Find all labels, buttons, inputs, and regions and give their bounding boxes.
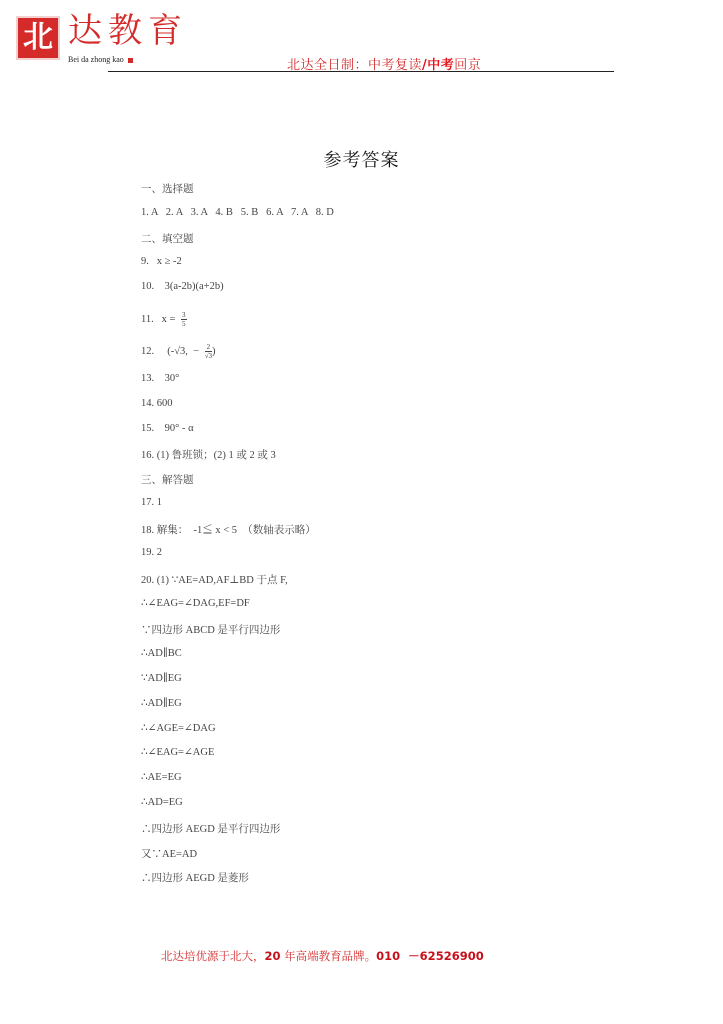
- answer-line-text: ∵四边形 ABCD 是平行四边形: [141, 625, 280, 636]
- answer-line: ∴∠EAG=∠AGE: [141, 746, 214, 758]
- answer-line: 19. 2: [141, 547, 162, 558]
- answer-line-text: ∴∠EAG=∠DAG,EF=DF: [141, 598, 250, 609]
- answer-line: 14. 600: [141, 398, 173, 409]
- answer-line: 一、选择题: [141, 181, 194, 196]
- logo-name: 达教育: [68, 14, 188, 48]
- answer-line: 1. A 2. A 3. A 4. B 5. B 6. A 7. A 8. D: [141, 207, 334, 218]
- answer-line: 10. 3(a-2b)(a+2b): [141, 281, 224, 292]
- answer-line: ∴四边形 AEGD 是菱形: [141, 870, 249, 885]
- fraction: 2√3: [205, 343, 212, 360]
- answer-line-text: 13. 30°: [141, 373, 179, 384]
- answer-line: ∴AD∥EG: [141, 697, 182, 709]
- answer-line: ∴四边形 AEGD 是平行四边形: [141, 821, 280, 836]
- footer-text-b: 年高端教育品牌。: [281, 949, 377, 963]
- answer-line-text: 9. x ≥ -2: [141, 256, 182, 267]
- answer-line-text: ∴AE=EG: [141, 772, 182, 783]
- answer-line: 11. x = 35: [141, 311, 187, 328]
- fraction-denominator: 5: [181, 320, 187, 328]
- answer-line: ∴∠AGE=∠DAG: [141, 722, 216, 734]
- answer-line-text: 15. 90° - α: [141, 423, 194, 434]
- footer-years: 20: [265, 949, 281, 963]
- logo-char: 北: [23, 23, 53, 53]
- answer-line: ∵四边形 ABCD 是平行四边形: [141, 622, 280, 637]
- answer-line: ∴AE=EG: [141, 771, 182, 783]
- answer-line: 17. 1: [141, 497, 162, 508]
- answer-line: ∵AD∥EG: [141, 672, 182, 684]
- answer-line: 13. 30°: [141, 373, 179, 384]
- answer-line-text: ∴AD∥EG: [141, 698, 182, 709]
- answer-line-text: 18. 解集： -1≦ x < 5 （数轴表示略）: [141, 525, 316, 536]
- logo-subtitle: Bei da zhong kao: [68, 55, 133, 64]
- answer-line-suffix: ): [212, 346, 216, 357]
- answer-line: ∴∠EAG=∠DAG,EF=DF: [141, 597, 250, 609]
- answer-line-text: ∴四边形 AEGD 是菱形: [141, 873, 249, 884]
- answer-line: 9. x ≥ -2: [141, 256, 182, 267]
- answer-line: 20. (1) ∵AE=AD,AF⊥BD 于点 F,: [141, 572, 288, 587]
- answer-line-text: 又∵AE=AD: [141, 849, 197, 860]
- logo-subtitle-text: Bei da zhong kao: [68, 55, 124, 64]
- answer-line: 二、填空题: [141, 231, 194, 246]
- footer-slogan: 北达培优源于北大，20 年高端教育品牌。010 －62526900: [161, 948, 484, 964]
- answer-line-text: ∴AD∥BC: [141, 648, 182, 659]
- answer-line-text: 一、选择题: [141, 184, 194, 195]
- fraction-numerator: 2: [205, 343, 212, 352]
- answer-line-text: 1. A 2. A 3. A 4. B 5. B 6. A 7. A 8. D: [141, 207, 334, 218]
- answer-line: 12. (-√3, − 2√3): [141, 343, 216, 360]
- answer-line-text: ∴四边形 AEGD 是平行四边形: [141, 824, 280, 835]
- answer-line-text: ∴∠EAG=∠AGE: [141, 747, 214, 758]
- fraction-numerator: 3: [181, 311, 187, 320]
- footer-phone: 010 －62526900: [376, 949, 484, 963]
- answer-line-text: ∵AD∥EG: [141, 673, 182, 684]
- answer-line-text: 11. x =: [141, 314, 178, 325]
- answer-line-text: 19. 2: [141, 547, 162, 558]
- answer-line-text: 三、解答题: [141, 475, 194, 486]
- answer-line: 16. (1) 鲁班锁；(2) 1 或 2 或 3: [141, 447, 276, 462]
- page-title: 参考答案: [0, 146, 723, 172]
- answer-line: 三、解答题: [141, 472, 194, 487]
- answer-line: ∴AD=EG: [141, 796, 183, 808]
- answer-line: 18. 解集： -1≦ x < 5 （数轴表示略）: [141, 522, 316, 537]
- logo-box: 北: [16, 16, 60, 60]
- footer-text-a: 北达培优源于北大，: [161, 949, 265, 963]
- fraction-denominator: √3: [205, 352, 212, 360]
- answer-line-text: 17. 1: [141, 497, 162, 508]
- answer-line-text: 12. (-√3, −: [141, 346, 202, 357]
- answer-line-text: ∴∠AGE=∠DAG: [141, 723, 216, 734]
- fraction: 35: [181, 311, 187, 328]
- answer-line: ∴AD∥BC: [141, 647, 182, 659]
- answer-line-text: ∴AD=EG: [141, 797, 183, 808]
- answer-line-text: 16. (1) 鲁班锁；(2) 1 或 2 或 3: [141, 450, 276, 461]
- answer-line-text: 10. 3(a-2b)(a+2b): [141, 281, 224, 292]
- answer-line-text: 20. (1) ∵AE=AD,AF⊥BD 于点 F,: [141, 575, 288, 586]
- header-divider: [108, 71, 614, 72]
- answer-line-text: 二、填空题: [141, 234, 194, 245]
- answer-line: 又∵AE=AD: [141, 846, 197, 861]
- answer-line: 15. 90° - α: [141, 423, 194, 434]
- square-icon: [128, 58, 133, 63]
- answer-line-text: 14. 600: [141, 398, 173, 409]
